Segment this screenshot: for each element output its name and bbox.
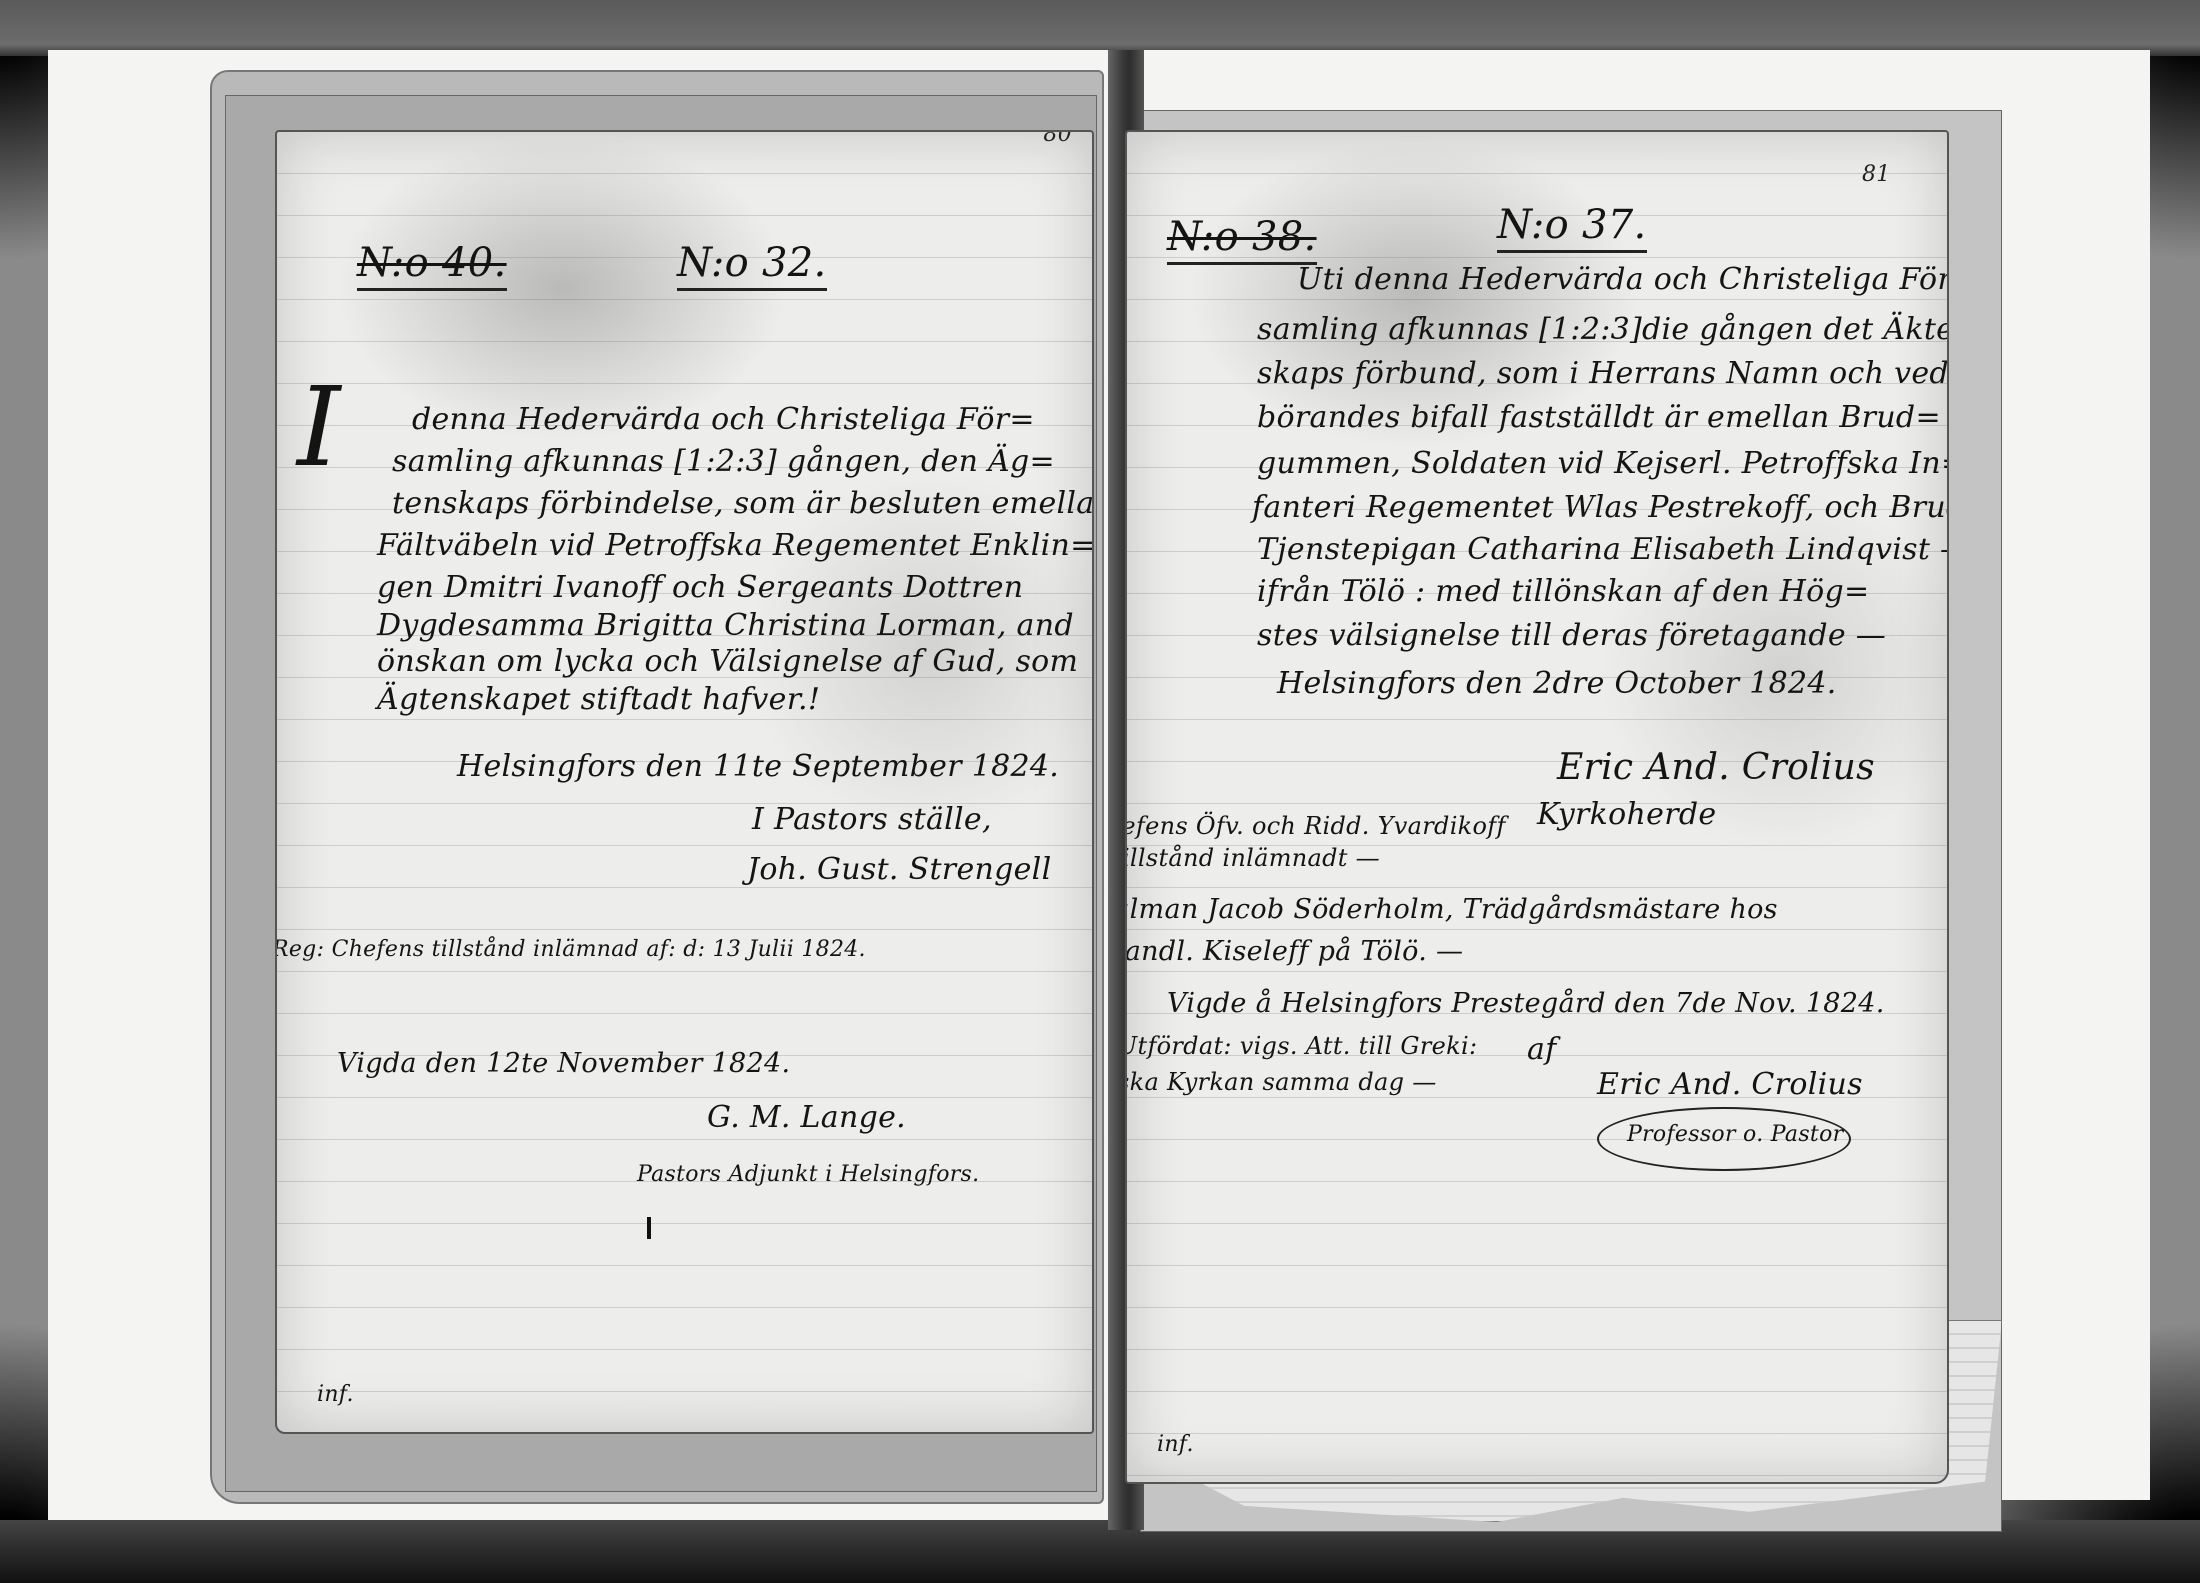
body-line: Uti denna Hedervärda och Christeliga För… [1297,260,1949,300]
signature-prefix: I Pastors ställe, [752,802,992,837]
corner-note: inf. [1157,1432,1194,1457]
margin-note: Chefens Öfv. och Ridd. Yvardikoff [1125,812,1506,840]
officiant-signature: Eric And. Crolius [1597,1067,1863,1102]
body-line: tenskaps förbindelse, som är besluten em… [392,484,1094,524]
body-line: skaps förbund, som i Herrans Namn och ve… [1257,354,1949,394]
date-line: Helsingfors den 2dre October 1824. [1277,664,1837,704]
married-note: Utfördat: vigs. Att. till Greki: [1125,1032,1477,1060]
left-page: 80 N:o 40. N:o 32. I denna Hedervärda oc… [275,130,1094,1434]
signature: Eric And. Crolius [1557,747,1875,788]
margin-note: Reg: Chefens tillstånd inlämnad af: d: 1… [275,937,866,962]
witness-line: handl. Kiseleff på Tölö. — [1125,932,1463,972]
page-number: 80 [1043,130,1072,147]
ink-mark [647,1217,651,1239]
initial-letter: I [297,377,341,477]
body-line: fanteri Regementet Wlas Pestrekoff, och … [1252,488,1949,528]
signature: Joh. Gust. Strengell [747,852,1051,887]
married-line: Vigda den 12te November 1824. [337,1044,790,1084]
page-number: 81 [1862,162,1891,187]
officiant-title: Professor o. Pastor [1627,1122,1843,1147]
officiant-signature: G. M. Lange. [707,1100,906,1135]
body-line: stes välsignelse till deras företagande … [1257,616,1886,656]
body-line: Tjenstepigan Catharina Elisabeth Lindqvi… [1257,530,1949,570]
body-line: önskan om lycka och Välsignelse af Gud, … [377,642,1078,682]
body-line: börandes bifall fastställdt är emellan B… [1257,398,1941,438]
entry-number: N:o 32. [677,240,827,291]
right-page: 81 N:o 38. N:o 37. Uti denna Hedervärda … [1125,130,1949,1484]
body-line: denna Hedervärda och Christeliga För= [412,400,1035,440]
body-line: samling afkunnas [1:2:3] gången, den Äg= [392,442,1055,482]
signature-title: Kyrkoherde [1537,797,1716,832]
entry-number: N:o 37. [1497,202,1647,253]
body-line: gummen, Soldaten vid Kejserl. Petroffska… [1257,444,1949,484]
married-note: ska Kyrkan samma dag — [1125,1068,1437,1096]
margin-note: tillstånd inlämnadt — [1125,844,1380,872]
old-entry-number: N:o 40. [357,240,507,291]
body-line: ifrån Tölö : med tillönskan af den Hög= [1257,572,1869,612]
officiant-title: Pastors Adjunkt i Helsingfors. [637,1162,979,1187]
body-line: Ägtenskapet stiftadt hafver.! [377,680,820,720]
body-line: Dygdesamma Brigitta Christina Lorman, an… [377,606,1074,646]
date-line: Helsingfors den 11te September 1824. [457,747,1059,787]
old-entry-number: N:o 38. [1167,214,1317,265]
corner-note: inf. [317,1382,354,1407]
scanner-top-edge [0,0,2200,56]
witness-line: Talman Jacob Söderholm, Trädgårdsmästare… [1125,890,1778,930]
body-line: Fältväbeln vid Petroffska Regementet Enk… [377,526,1094,566]
body-line: gen Dmitri Ivanoff och Sergeants Dottren [377,568,1023,608]
body-line: samling afkunnas [1:2:3]die gången det Ä… [1257,310,1949,350]
officiant-prefix: af [1527,1032,1557,1067]
married-line: Vigde å Helsingfors Prestegård den 7de N… [1167,984,1885,1024]
